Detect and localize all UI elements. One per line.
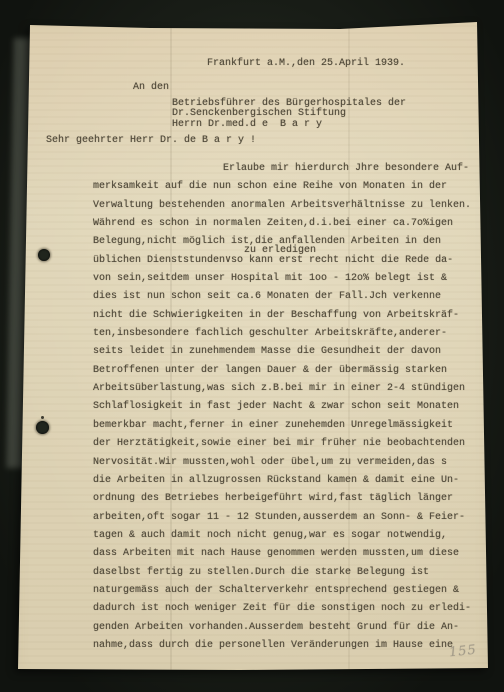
salutation: Sehr geehrter Herr Dr. de B a r y !	[46, 135, 256, 147]
body-line: Erlaube mir hierdurch Jhre besondere Auf…	[93, 160, 471, 178]
body-line: ten,insbesondere fachlich geschulter Arb…	[93, 325, 471, 343]
body-line: naturgemäss auch der Schalterverkehr ent…	[93, 582, 471, 600]
body-line: Betroffenen unter der langen Dauer & der…	[93, 362, 471, 380]
body-line: Verwaltung bestehenden anormalen Arbeits…	[93, 197, 471, 215]
punch-hole-bottom	[36, 421, 49, 434]
body-line: daselbst fertig zu stellen.Durch die sta…	[93, 564, 471, 582]
body-line: nicht die Schwierigkeiten in der Beschaf…	[93, 307, 471, 325]
body-line: dass Arbeiten mit nach Hause genommen we…	[93, 545, 471, 563]
page-number-pencil: 155	[448, 643, 477, 661]
body-line: dadurch ist noch weniger Zeit für die so…	[93, 600, 471, 618]
body-line: bemerkbar macht,ferner in einer zunehemd…	[93, 417, 471, 435]
body-line: merksamkeit auf die nun schon eine Reihe…	[93, 178, 471, 196]
body-line: arbeiten,oft sogar 11 - 12 Stunden,ausse…	[93, 509, 471, 527]
recipient-address: Betriebsführer des Bürgerhospitales derD…	[172, 99, 406, 130]
body-line: Belegung,nicht möglich ist,die anfallend…	[93, 233, 471, 251]
body-line: Arbeitsüberlastung,was sich z.B.bei mir …	[93, 380, 471, 398]
body-line: von sein,seitdem unser Hospital mit 1oo …	[93, 270, 471, 288]
ink-speck	[41, 416, 44, 419]
letter-scan: Frankfurt a.M.,den 25.April 1939. An den…	[0, 0, 504, 692]
letter-body: Erlaube mir hierdurch Jhre besondere Auf…	[93, 160, 471, 655]
body-line: nahme,dass durch die personellen Verände…	[93, 637, 471, 655]
body-line: seits leidet in zunehmendem Masse die Ge…	[93, 343, 471, 361]
body-line: ordnung des Betriebes herbeigeführt wird…	[93, 490, 471, 508]
body-line: Nervosität.Wir mussten,wohl oder übel,um…	[93, 454, 471, 472]
body-line: die Arbeiten in allzugrossen Rückstand k…	[93, 472, 471, 490]
address-line: Herrn Dr.med.d e B a r y	[172, 120, 406, 130]
body-line: Schlaflosigkeit in fast jeder Nacht & zw…	[93, 398, 471, 416]
punch-hole-top	[38, 249, 50, 261]
body-line: tagen & auch damit noch nicht genug,war …	[93, 527, 471, 545]
recipient-intro: An den	[133, 82, 169, 94]
body-line: der Herztätigkeit,sowie einer bei mir fr…	[93, 435, 471, 453]
body-line: genden Arbeiten vorhanden.Ausserdem best…	[93, 619, 471, 637]
dateline: Frankfurt a.M.,den 25.April 1939.	[207, 58, 405, 70]
body-line: dies ist nun schon seit ca.6 Monaten der…	[93, 288, 471, 306]
body-line: Während es schon in normalen Zeiten,d.i.…	[93, 215, 471, 233]
body-line: üblichen Dienststunden∨so kann erst rech…	[93, 252, 471, 270]
